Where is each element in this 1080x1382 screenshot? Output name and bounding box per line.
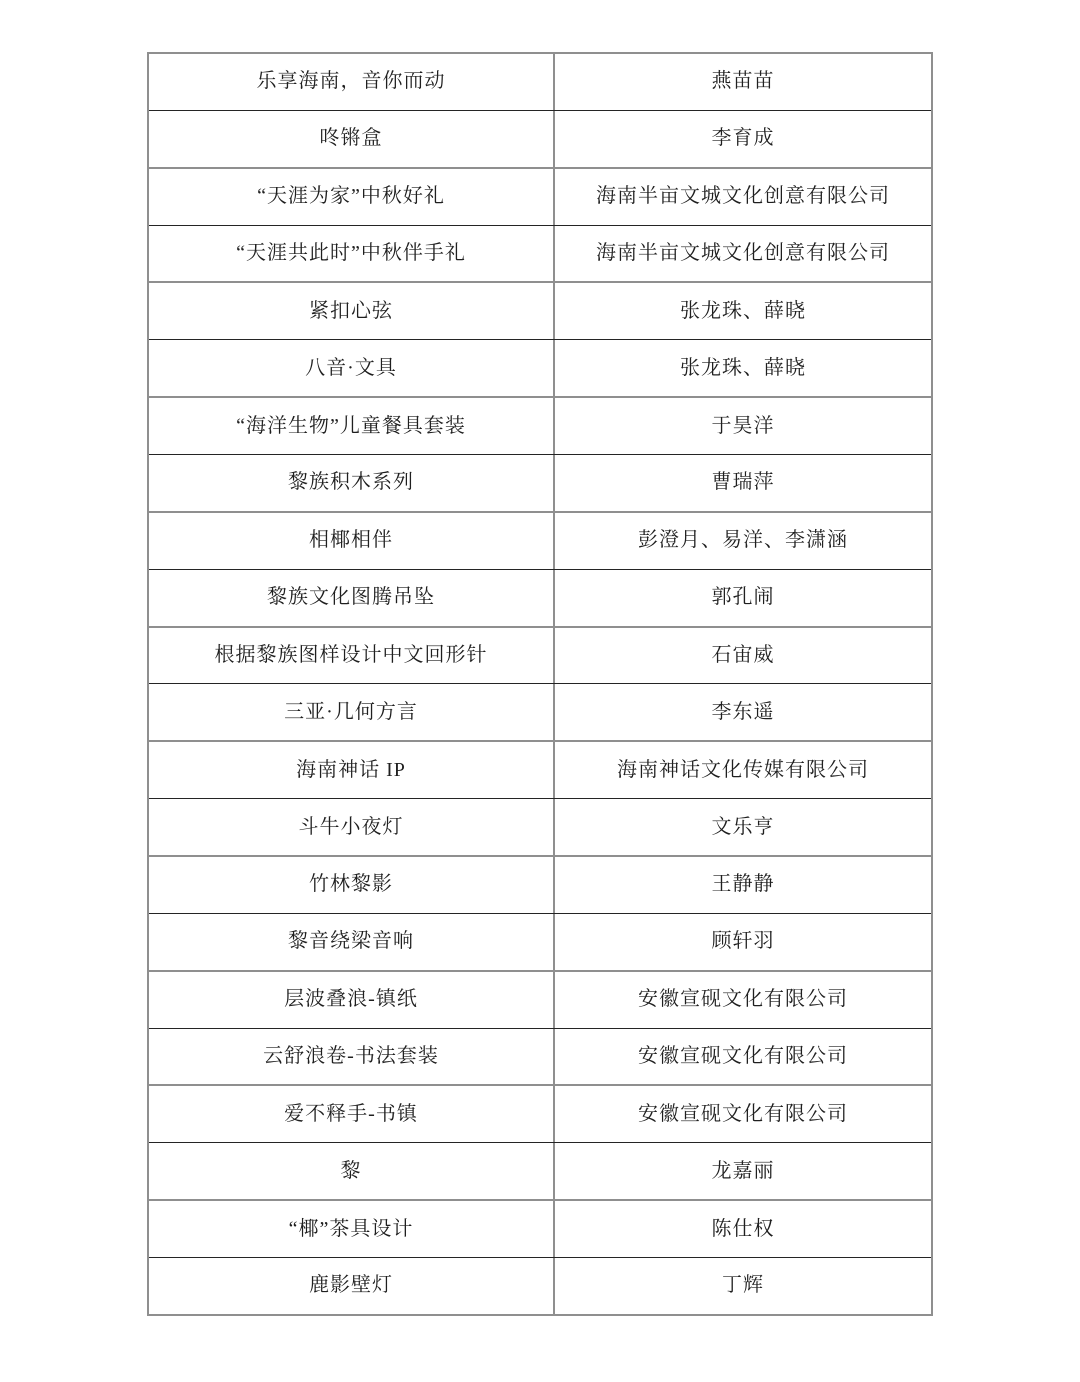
author-cell: 文乐亨 bbox=[555, 799, 931, 855]
work-title-cell: 黎音绕梁音响 bbox=[149, 914, 555, 970]
work-title-cell: 斗牛小夜灯 bbox=[149, 799, 555, 855]
author-cell: 曹瑞萍 bbox=[555, 455, 931, 511]
author-cell: 海南神话文化传媒有限公司 bbox=[555, 742, 931, 798]
author-cell: 郭孔闹 bbox=[555, 570, 931, 626]
table-row: 海南神话 IP 海南神话文化传媒有限公司 bbox=[149, 742, 931, 799]
author-cell: 张龙珠、薛晓 bbox=[555, 283, 931, 339]
work-title-cell: “天涯共此时”中秋伴手礼 bbox=[149, 226, 555, 282]
table-row: 黎族文化图腾吊坠 郭孔闹 bbox=[149, 570, 931, 628]
work-title-cell: 鹿影壁灯 bbox=[149, 1258, 555, 1314]
table-row: 三亚·几何方言 李东遥 bbox=[149, 684, 931, 742]
work-title-cell: 爱不释手-书镇 bbox=[149, 1086, 555, 1142]
author-cell: 张龙珠、薛晓 bbox=[555, 340, 931, 396]
author-cell: 龙嘉丽 bbox=[555, 1143, 931, 1199]
work-title-cell: 层波叠浪-镇纸 bbox=[149, 972, 555, 1028]
table-row: 鹿影壁灯 丁辉 bbox=[149, 1258, 931, 1314]
author-cell: 燕苗苗 bbox=[555, 54, 931, 110]
work-title-cell: 黎 bbox=[149, 1143, 555, 1199]
author-cell: 安徽宣砚文化有限公司 bbox=[555, 1029, 931, 1085]
table-row: 乐享海南，音你而动 燕苗苗 bbox=[149, 54, 931, 111]
table-row: 根据黎族图样设计中文回形针 石宙威 bbox=[149, 628, 931, 685]
works-table: 乐享海南，音你而动 燕苗苗 咚锵盒 李育成 “天涯为家”中秋好礼 海南半亩文城文… bbox=[147, 52, 933, 1316]
author-cell: 于昊洋 bbox=[555, 398, 931, 454]
table-row: 竹林黎影 王静静 bbox=[149, 857, 931, 914]
table-row: “椰”茶具设计 陈仕权 bbox=[149, 1201, 931, 1258]
work-title-cell: 黎族文化图腾吊坠 bbox=[149, 570, 555, 626]
table-row: “天涯共此时”中秋伴手礼 海南半亩文城文化创意有限公司 bbox=[149, 226, 931, 284]
author-cell: 陈仕权 bbox=[555, 1201, 931, 1257]
work-title-cell: 八音·文具 bbox=[149, 340, 555, 396]
work-title-cell: 乐享海南，音你而动 bbox=[149, 54, 555, 110]
table-row: 黎 龙嘉丽 bbox=[149, 1143, 931, 1201]
work-title-cell: 海南神话 IP bbox=[149, 742, 555, 798]
work-title-cell: “椰”茶具设计 bbox=[149, 1201, 555, 1257]
table-row: 八音·文具 张龙珠、薛晓 bbox=[149, 340, 931, 398]
work-title-cell: 相椰相伴 bbox=[149, 513, 555, 569]
author-cell: 石宙威 bbox=[555, 628, 931, 684]
table-row: 斗牛小夜灯 文乐亨 bbox=[149, 799, 931, 857]
work-title-cell: 黎族积木系列 bbox=[149, 455, 555, 511]
table-row: 紧扣心弦 张龙珠、薛晓 bbox=[149, 283, 931, 340]
table-row: 层波叠浪-镇纸 安徽宣砚文化有限公司 bbox=[149, 972, 931, 1029]
work-title-cell: “海洋生物”儿童餐具套装 bbox=[149, 398, 555, 454]
author-cell: 丁辉 bbox=[555, 1258, 931, 1314]
table-row: 爱不释手-书镇 安徽宣砚文化有限公司 bbox=[149, 1086, 931, 1143]
table-row: “海洋生物”儿童餐具套装 于昊洋 bbox=[149, 398, 931, 455]
work-title-cell: 咚锵盒 bbox=[149, 111, 555, 167]
table-row: “天涯为家”中秋好礼 海南半亩文城文化创意有限公司 bbox=[149, 169, 931, 226]
work-title-cell: 云舒浪卷-书法套装 bbox=[149, 1029, 555, 1085]
table-row: 相椰相伴 彭澄月、易洋、李潇涵 bbox=[149, 513, 931, 570]
table-row: 云舒浪卷-书法套装 安徽宣砚文化有限公司 bbox=[149, 1029, 931, 1087]
work-title-cell: 竹林黎影 bbox=[149, 857, 555, 913]
work-title-cell: 三亚·几何方言 bbox=[149, 684, 555, 740]
author-cell: 李东遥 bbox=[555, 684, 931, 740]
author-cell: 安徽宣砚文化有限公司 bbox=[555, 972, 931, 1028]
author-cell: 海南半亩文城文化创意有限公司 bbox=[555, 169, 931, 225]
table-row: 黎族积木系列 曹瑞萍 bbox=[149, 455, 931, 513]
author-cell: 安徽宣砚文化有限公司 bbox=[555, 1086, 931, 1142]
author-cell: 王静静 bbox=[555, 857, 931, 913]
author-cell: 彭澄月、易洋、李潇涵 bbox=[555, 513, 931, 569]
work-title-cell: 紧扣心弦 bbox=[149, 283, 555, 339]
document-page: 乐享海南，音你而动 燕苗苗 咚锵盒 李育成 “天涯为家”中秋好礼 海南半亩文城文… bbox=[0, 0, 1080, 1382]
author-cell: 海南半亩文城文化创意有限公司 bbox=[555, 226, 931, 282]
table-row: 黎音绕梁音响 顾轩羽 bbox=[149, 914, 931, 972]
author-cell: 李育成 bbox=[555, 111, 931, 167]
table-row: 咚锵盒 李育成 bbox=[149, 111, 931, 169]
author-cell: 顾轩羽 bbox=[555, 914, 931, 970]
work-title-cell: “天涯为家”中秋好礼 bbox=[149, 169, 555, 225]
work-title-cell: 根据黎族图样设计中文回形针 bbox=[149, 628, 555, 684]
